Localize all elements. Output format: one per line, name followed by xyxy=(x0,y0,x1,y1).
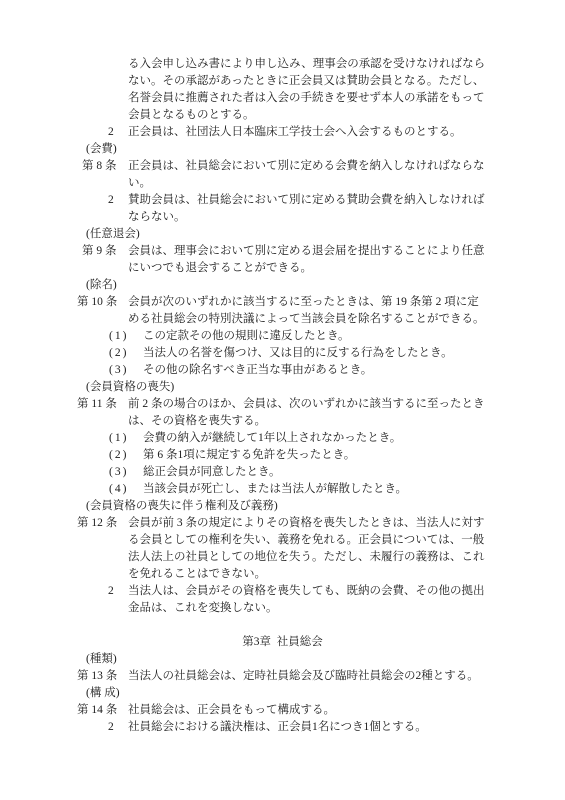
article-text: 正会員は、社員総会において別に定める会費を納入しなければならな xyxy=(128,160,485,172)
document-page: る入会申し込み書により申し込み、理事会の承認を受けなければなら ない。その承認が… xyxy=(0,0,565,800)
text-line: い。 xyxy=(0,175,565,192)
list-item: (3)その他の除名すべき正当な事由があるとき。 xyxy=(0,362,565,379)
item-marker: (3) xyxy=(109,362,143,379)
section-caption: (会費) xyxy=(0,141,565,158)
article-line: 第 8 条正会員は、社員総会において別に定める会費を納入しなければならな xyxy=(0,158,565,175)
item-text: 総正会員が同意したとき。 xyxy=(143,466,281,478)
paragraph-text: 当法人は、会員がその資格を喪失しても、既納の会費、その他の拠出 xyxy=(128,585,485,597)
article-number: 第 10 条 xyxy=(77,294,128,311)
text-line: にいつでも退会することができる。 xyxy=(0,260,565,277)
section-caption: (会員資格の喪失) xyxy=(0,379,565,396)
list-item: (4)当該会員が死亡し、または当法人が解散したとき。 xyxy=(0,481,565,498)
article-text: 社員総会は、正会員をもって構成する。 xyxy=(128,704,335,716)
text-line: ない。その承認があったときに正会員又は賛助会員となる。ただし、 xyxy=(0,73,565,90)
section-caption: (除名) xyxy=(0,277,565,294)
article-number: 第 12 条 xyxy=(77,515,128,532)
text-line: る入会申し込み書により申し込み、理事会の承認を受けなければなら xyxy=(0,56,565,73)
article-line: 第 12 条会員が前 3 条の規定によりその資格を喪失したときは、当法人に対す xyxy=(0,515,565,532)
article-line: 第 13 条当法人の社員総会は、定時社員総会及び臨時社員総会の2種とする。 xyxy=(0,668,565,685)
item-marker: (1) xyxy=(109,430,143,447)
article-number: 第 13 条 xyxy=(77,668,128,685)
item-text: 当該会員が死亡し、または当法人が解散したとき。 xyxy=(143,483,407,495)
text-line: ならない。 xyxy=(0,209,565,226)
paragraph-number: 2 xyxy=(108,124,128,141)
article-line: 第 11 条前 2 条の場合のほか、会員は、次のいずれかに該当するに至ったとき xyxy=(0,396,565,413)
article-text: 会員が前 3 条の規定によりその資格を喪失したときは、当法人に対す xyxy=(128,517,485,529)
section-caption: (構 成) xyxy=(0,685,565,702)
chapter-heading: 第3章 社員総会 xyxy=(0,634,565,651)
list-item: (1)この定款その他の規則に違反したとき。 xyxy=(0,328,565,345)
paragraph-number: 2 xyxy=(108,583,128,600)
paragraph-number: 2 xyxy=(108,719,128,736)
list-item: (2)第 6 条1項に規定する免許を失ったとき。 xyxy=(0,447,565,464)
item-text: 第 6 条1項に規定する免許を失ったとき。 xyxy=(143,449,355,461)
item-text: 当法人の名誉を傷つけ、又は目的に反する行為をしたとき。 xyxy=(143,347,453,359)
item-marker: (4) xyxy=(109,481,143,498)
paragraph-text: 賛助会員は、社員総会において別に定める賛助会費を納入しなければ xyxy=(128,194,485,206)
article-line: 第 10 条会員が次のいずれかに該当するに至ったときは、第 19 条第 2 項に… xyxy=(0,294,565,311)
item-text: この定款その他の規則に違反したとき。 xyxy=(143,330,350,342)
paragraph-text: 正会員は、社団法人日本臨床工学技士会へ入会するものとする。 xyxy=(128,126,462,138)
item-marker: (1) xyxy=(109,328,143,345)
text-line: を免れることはできない。 xyxy=(0,566,565,583)
item-marker: (2) xyxy=(109,447,143,464)
list-item: (1)会費の納入が継続して1年以上されなかったとき。 xyxy=(0,430,565,447)
article-number: 第 9 条 xyxy=(82,243,128,260)
paragraph-line: 2社員総会における議決権は、正会員1名につき1個とする。 xyxy=(0,719,565,736)
text-line: 会員となるものとする。 xyxy=(0,107,565,124)
paragraph-line: 2正会員は、社団法人日本臨床工学技士会へ入会するものとする。 xyxy=(0,124,565,141)
list-item: (3)総正会員が同意したとき。 xyxy=(0,464,565,481)
text-line: 金品は、これを変換しない。 xyxy=(0,600,565,617)
section-caption: (種類) xyxy=(0,651,565,668)
article-line: 第 14 条社員総会は、正会員をもって構成する。 xyxy=(0,702,565,719)
article-text: 前 2 条の場合のほか、会員は、次のいずれかに該当するに至ったとき xyxy=(128,398,485,410)
document-text-block: る入会申し込み書により申し込み、理事会の承認を受けなければなら ない。その承認が… xyxy=(0,56,565,736)
list-item: (2)当法人の名誉を傷つけ、又は目的に反する行為をしたとき。 xyxy=(0,345,565,362)
article-line: 第 9 条会員は、理事会において別に定める退会届を提出することにより任意 xyxy=(0,243,565,260)
item-text: 会費の納入が継続して1年以上されなかったとき。 xyxy=(143,432,401,444)
blank-line xyxy=(0,617,565,634)
text-line: 法人法上の社員としての地位を失う。ただし、未履行の義務は、これ xyxy=(0,549,565,566)
article-number: 第 11 条 xyxy=(77,396,128,413)
text-line: る会員としての権利を失い、義務を免れる。正会員については、一般 xyxy=(0,532,565,549)
article-text: 会員が次のいずれかに該当するに至ったときは、第 19 条第 2 項に定 xyxy=(128,296,479,308)
paragraph-line: 2賛助会員は、社員総会において別に定める賛助会費を納入しなければ xyxy=(0,192,565,209)
article-number: 第 14 条 xyxy=(77,702,128,719)
paragraph-line: 2当法人は、会員がその資格を喪失しても、既納の会費、その他の拠出 xyxy=(0,583,565,600)
article-number: 第 8 条 xyxy=(82,158,128,175)
text-line: 名誉会員に推薦された者は入会の手続きを要せず本人の承諾をもって xyxy=(0,90,565,107)
text-line: める社員総会の特別決議によって当該会員を除名することができる。 xyxy=(0,311,565,328)
item-text: その他の除名すべき正当な事由があるとき。 xyxy=(143,364,372,376)
section-caption: (任意退会) xyxy=(0,226,565,243)
article-text: 会員は、理事会において別に定める退会届を提出することにより任意 xyxy=(128,245,485,257)
text-line: は、その資格を喪失する。 xyxy=(0,413,565,430)
paragraph-number: 2 xyxy=(108,192,128,209)
item-marker: (3) xyxy=(109,464,143,481)
section-caption: (会員資格の喪失に伴う権利及び義務) xyxy=(0,498,565,515)
item-marker: (2) xyxy=(109,345,143,362)
paragraph-text: 社員総会における議決権は、正会員1名につき1個とする。 xyxy=(128,721,427,733)
article-text: 当法人の社員総会は、定時社員総会及び臨時社員総会の2種とする。 xyxy=(128,670,479,682)
